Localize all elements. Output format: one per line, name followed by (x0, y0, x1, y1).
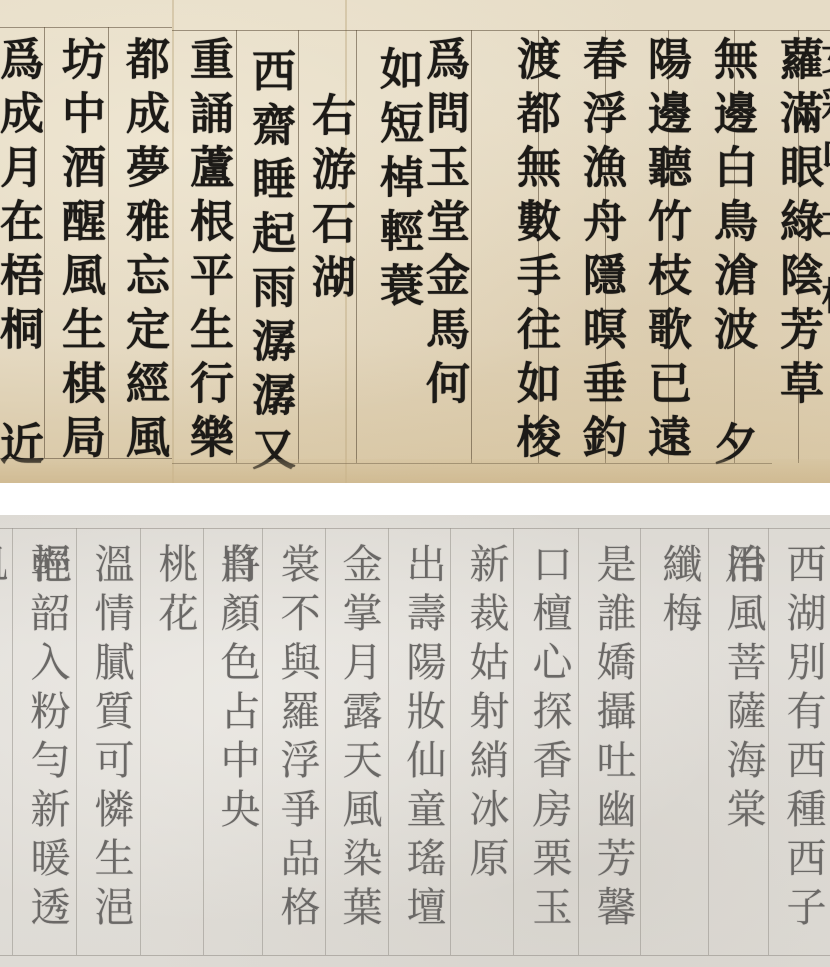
bottom-calligraphy-scroll: 西湖別有西種西子用 治風菩薩海棠 纖梅 是誰嬌攝吐幽芳馨 口檀心探香房栗玉 新裁… (0, 515, 830, 967)
calligraphy-column: 是誰嬌攝吐幽芳馨 (582, 543, 644, 935)
calligraphy-column: 輕韶入粉勻新暖透肌 (16, 543, 78, 967)
top-rule-line (172, 30, 347, 31)
calligraphy-column: 溫情膩質可憐生浥浥 (80, 543, 142, 967)
calligraphy-column: 治風菩薩海棠 (712, 543, 774, 837)
calligraphy-column: 重誦蘆根平生行樂 (176, 36, 238, 468)
calligraphy-column: 春浮漁舟隱暝垂釣 (569, 36, 631, 468)
column-rule (12, 528, 13, 955)
top-rule-line (0, 528, 830, 529)
calligraphy-column: 出壽陽妝仙童瑤壇 (392, 543, 454, 935)
calligraphy-column: 西齋睡起雨潺潺又 (238, 48, 300, 480)
calligraphy-column: 桃花 (144, 543, 206, 641)
calligraphy-column: 金掌月露天風染葉 (328, 543, 390, 935)
scroll-edge-band (0, 459, 830, 483)
calligraphy-column: 如短棹輕蓑 (366, 46, 428, 316)
calligraphy-column: 將顏色占中央 (206, 543, 268, 837)
calligraphy-column: 口檀心探香房栗玉 (518, 543, 580, 935)
calligraphy-column: 陽邊聽竹枝歌已遠 (634, 36, 696, 468)
calligraphy-column: 西湖別有西種西子用 (772, 543, 830, 967)
calligraphy-column: 新裁姑射綃冰原 (455, 543, 517, 886)
top-calligraphy-scroll: 蘿滿眼綠陰芳草 無邊白鳥滄波 夕 陽邊聽竹枝歌已遠 春浮漁舟隱暝垂釣 渡都無數手… (0, 0, 830, 483)
calligraphy-column: 都成夢雅忘定經風 (112, 36, 174, 468)
calligraphy-column: 渡都無數手往如梭 (503, 36, 565, 468)
calligraphy-column: 無邊白鳥滄波 夕 (700, 36, 762, 475)
calligraphy-edge-fragment: 女彩山上下楊 (806, 36, 830, 324)
calligraphy-column: 右游石湖 (298, 92, 360, 308)
top-rule-line (347, 30, 830, 31)
top-rule-line (0, 27, 172, 28)
calligraphy-column: 坊中酒醒風生棋局 (48, 36, 110, 468)
calligraphy-column: 爲成月在梧桐 近 (0, 36, 48, 475)
calligraphy-column: 裳不與羅浮爭品格自 (266, 543, 328, 967)
calligraphy-column: 纖梅 (648, 543, 710, 641)
